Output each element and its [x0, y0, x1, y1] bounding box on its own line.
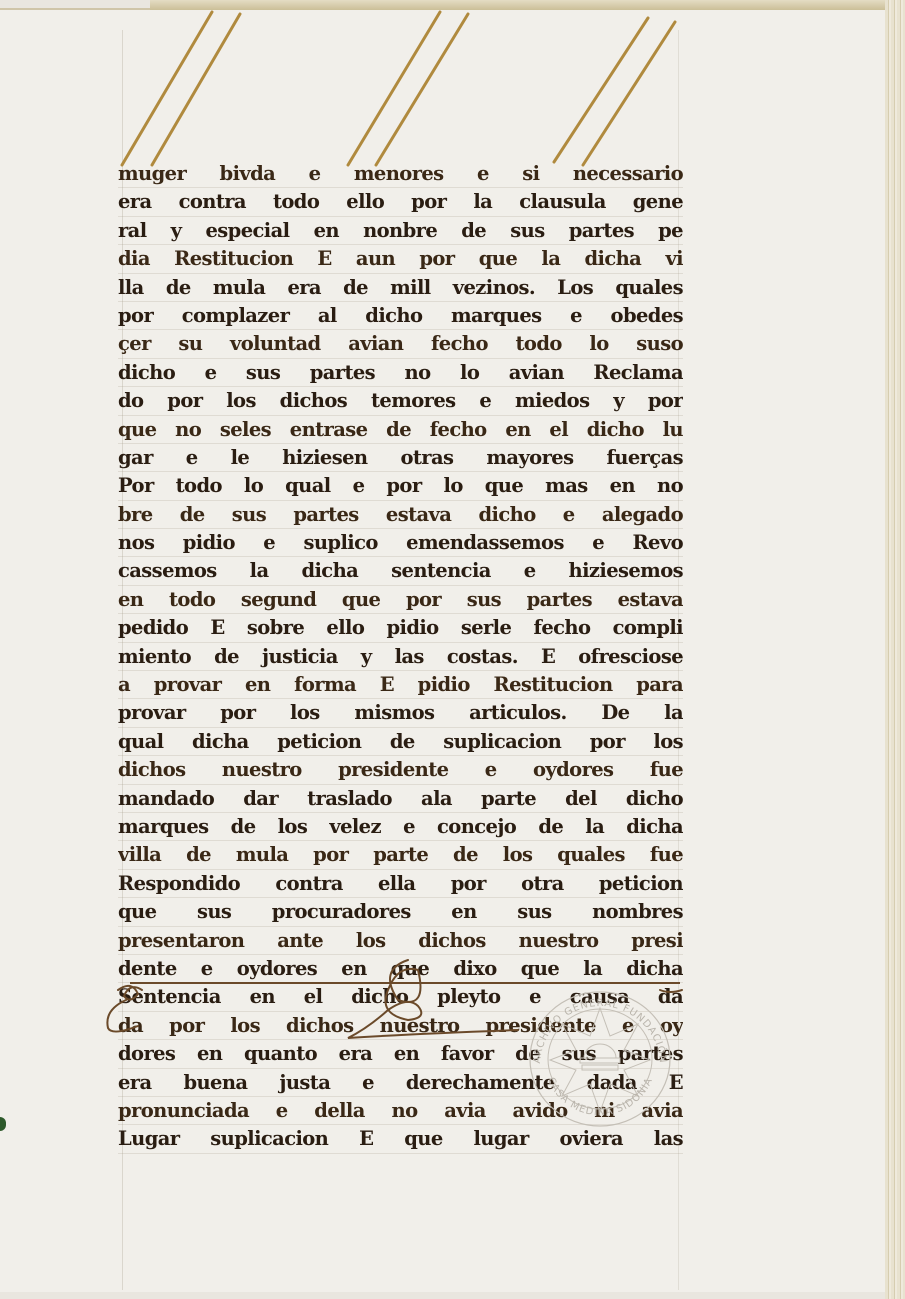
scribe-flourishes	[0, 0, 905, 1299]
stamp-top-text: ARCHIVO GENERAL FUNDACIÓN	[532, 998, 669, 1064]
archive-stamp-icon: ARCHIVO GENERAL FUNDACIÓN CASA MEDINA SI…	[526, 988, 674, 1130]
stamp-bottom-text: CASA MEDINA SIDONIA	[545, 1076, 655, 1118]
paragraph-mark-icon	[107, 986, 142, 1032]
signature-flourish-icon	[348, 960, 518, 1038]
